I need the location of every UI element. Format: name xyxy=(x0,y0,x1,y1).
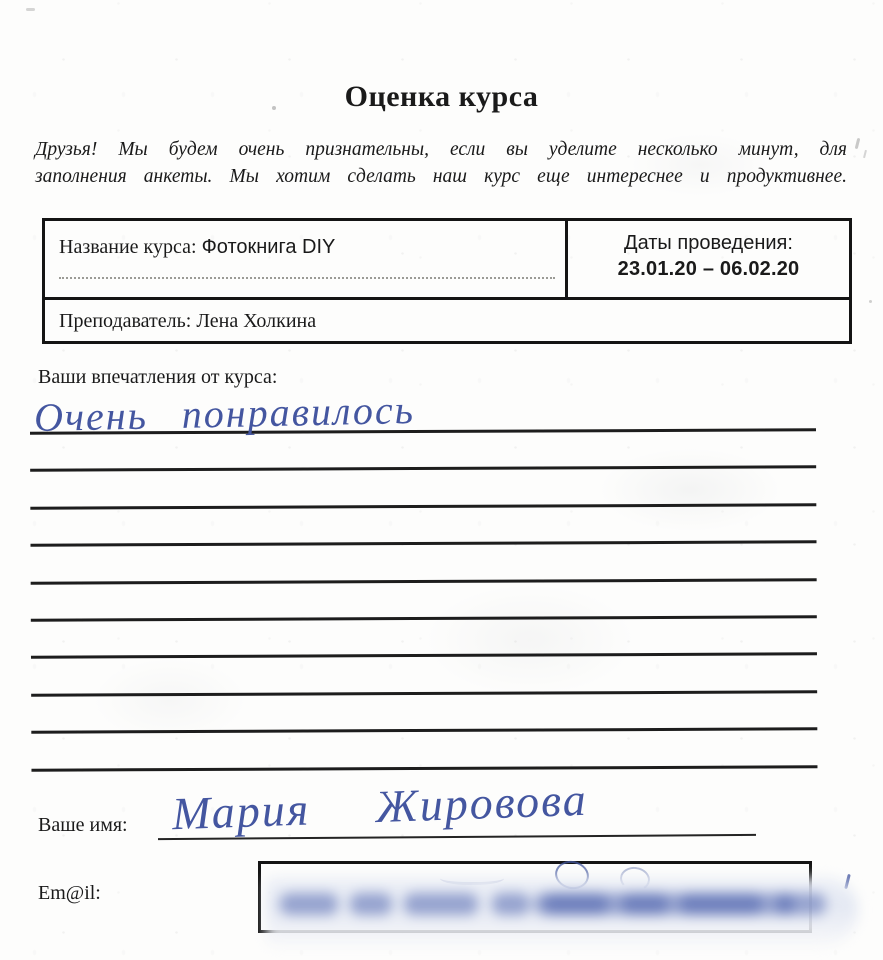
course-name-cell: Название курса: Фотокнига DIY xyxy=(45,221,568,297)
blurred-ink-smear xyxy=(404,893,478,915)
name-label: Ваше имя: xyxy=(38,814,128,837)
blurred-ink-smear xyxy=(622,893,668,915)
scan-speck xyxy=(863,150,867,158)
course-name-dotted-line xyxy=(59,277,555,279)
blurred-ink-smear xyxy=(350,893,392,915)
ruled-line xyxy=(31,578,817,584)
ruled-line xyxy=(31,690,817,696)
scan-speck xyxy=(26,8,35,11)
scan-blotch xyxy=(380,560,680,720)
course-dates-label: Даты проведения: xyxy=(568,232,849,255)
blurred-ink-smear xyxy=(776,893,826,915)
course-dates-cell: Даты проведения: 23.01.20 – 06.02.20 xyxy=(568,221,849,297)
teacher-label: Преподаватель: xyxy=(59,310,191,332)
blurred-ink-smear xyxy=(492,893,530,915)
blurred-ink-smear xyxy=(680,893,762,915)
intro-line-1: Друзья! Мы будем очень признательны, есл… xyxy=(35,136,847,163)
blurred-ink-smear xyxy=(280,893,338,915)
page-title: Оценка курса xyxy=(0,80,883,114)
course-info-table: Название курса: Фотокнига DIY Даты прове… xyxy=(42,218,852,344)
scan-speck xyxy=(869,300,872,303)
ruled-line xyxy=(30,540,816,546)
ruled-line xyxy=(30,465,816,471)
teacher-cell: Преподаватель: Лена Холкина xyxy=(45,297,849,341)
intro-line-2: заполнения анкеты. Мы хотим сделать наш … xyxy=(35,163,847,190)
ruled-line xyxy=(31,615,817,621)
course-table-row-1: Название курса: Фотокнига DIY Даты прове… xyxy=(45,221,849,297)
course-name-label: Название курса: xyxy=(59,236,197,258)
ruled-line xyxy=(31,765,817,771)
scan-speck xyxy=(855,138,861,149)
scan-blotch xyxy=(560,430,820,550)
intro-paragraph: Друзья! Мы будем очень признательны, есл… xyxy=(35,136,847,190)
name-handwriting: Мария Жировова xyxy=(171,773,588,840)
course-dates-value: 23.01.20 – 06.02.20 xyxy=(568,258,849,281)
ruled-line xyxy=(30,503,816,509)
ruled-line xyxy=(31,652,817,658)
blurred-ink-smear xyxy=(544,893,608,915)
impressions-handwriting: Очень понравилось xyxy=(34,386,416,441)
teacher-value: Лена Холкина xyxy=(196,310,316,332)
email-label: Em@il: xyxy=(38,882,101,905)
impressions-label: Ваши впечатления от курса: xyxy=(38,366,277,389)
email-blur-redaction xyxy=(266,877,858,947)
scanned-course-evaluation-form: Оценка курса Друзья! Мы будем очень приз… xyxy=(0,0,883,960)
course-name-value: Фотокнига DIY xyxy=(202,236,336,258)
ruled-line xyxy=(31,727,817,733)
